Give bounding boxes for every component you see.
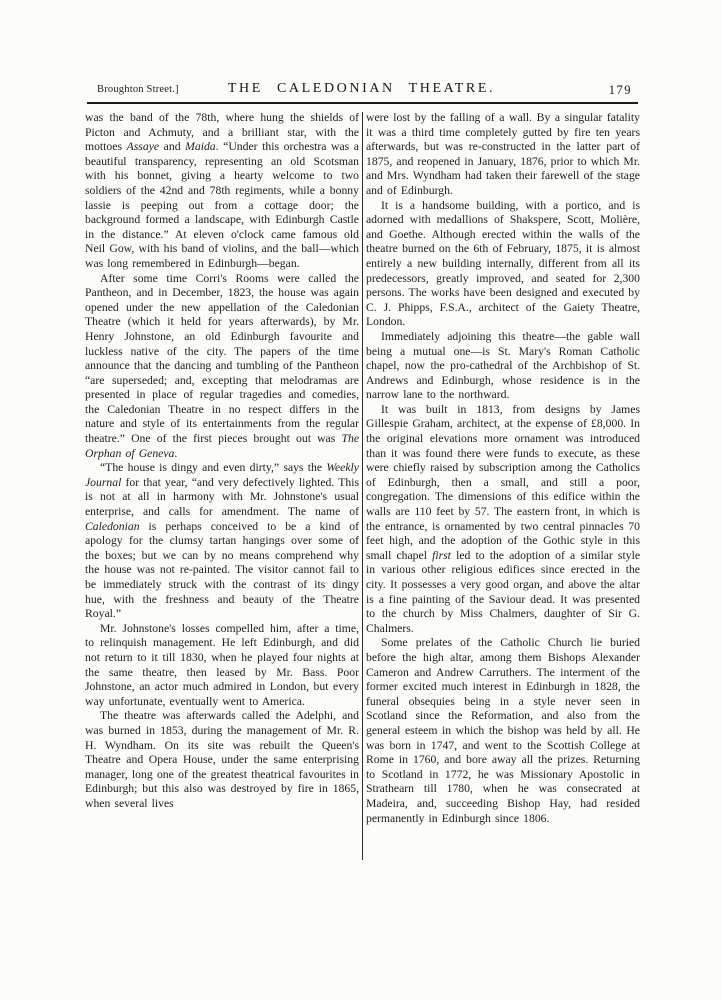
page-number: 179 xyxy=(609,83,632,98)
header-rule xyxy=(87,102,638,104)
body-text: and xyxy=(159,140,185,153)
paragraph: Some prelates of the Catholic Church lie… xyxy=(366,636,640,826)
paragraph: After some time Corri's Rooms were calle… xyxy=(85,272,359,462)
body-text: It is a handsome building, with a portic… xyxy=(366,199,640,329)
book-page: Broughton Street.] THE CALEDONIAN THEATR… xyxy=(0,0,722,1000)
body-text: The theatre was afterwards called the Ad… xyxy=(85,709,359,810)
body-text: Mr. Johnstone's losses compelled him, af… xyxy=(85,622,359,708)
italic-text: Caledonian xyxy=(85,520,140,533)
paragraph: It was built in 1813, from designs by Ja… xyxy=(366,403,640,637)
paragraph: Immediately adjoining this theatre—the g… xyxy=(366,330,640,403)
body-text: . xyxy=(174,447,177,460)
paragraph: The theatre was afterwards called the Ad… xyxy=(85,709,359,811)
paragraph: “The house is dingy and even dirty,” say… xyxy=(85,461,359,622)
body-text: It was built in 1813, from designs by Ja… xyxy=(366,403,640,562)
body-text: Some prelates of the Catholic Church lie… xyxy=(366,636,640,824)
body-text: is perhaps conceived to be a kind of apo… xyxy=(85,520,359,621)
italic-text: Assaye xyxy=(127,140,159,153)
body-text: After some time Corri's Rooms were calle… xyxy=(85,272,359,446)
italic-text: first xyxy=(432,549,451,562)
paragraph: Mr. Johnstone's losses compelled him, af… xyxy=(85,622,359,710)
italic-text: Maida xyxy=(185,140,216,153)
body-text: were lost by the falling of a wall. By a… xyxy=(366,111,640,197)
body-text: Immediately adjoining this theatre—the g… xyxy=(366,330,640,401)
page-title: THE CALEDONIAN THEATRE. xyxy=(85,81,638,97)
paragraph: were lost by the falling of a wall. By a… xyxy=(366,111,640,199)
column-divider xyxy=(362,112,363,860)
body-text: for that year, “and very defectively lig… xyxy=(85,476,359,518)
body-text: “The house is dingy and even dirty,” say… xyxy=(100,461,326,474)
text-column-right: were lost by the falling of a wall. By a… xyxy=(366,111,640,863)
paragraph: It is a handsome building, with a portic… xyxy=(366,199,640,330)
paragraph: was the band of the 78th, where hung the… xyxy=(85,111,359,272)
body-text: . “Under this orchestra was a beautiful … xyxy=(85,140,359,270)
text-column-left: was the band of the 78th, where hung the… xyxy=(85,111,359,863)
